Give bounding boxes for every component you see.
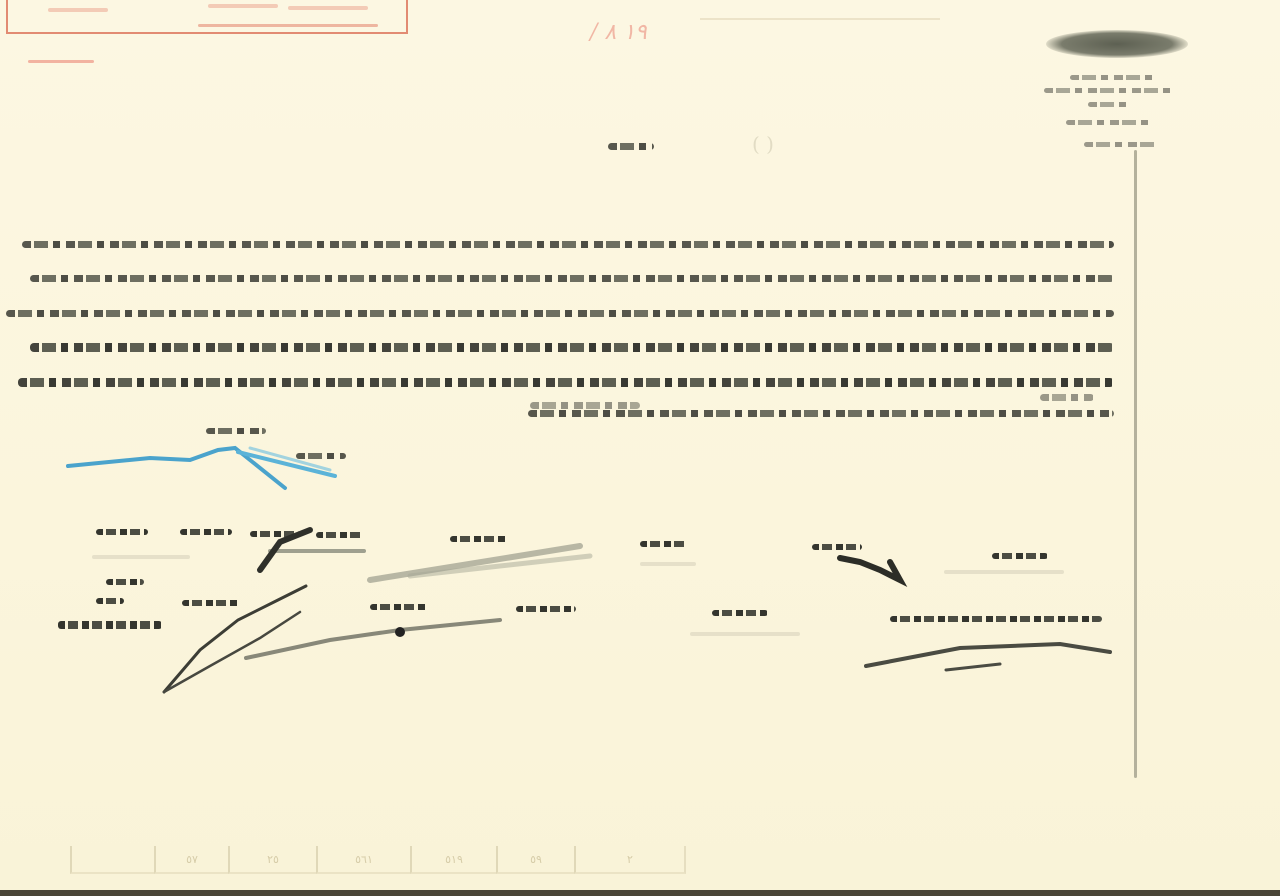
body-line-5 (18, 378, 1114, 387)
stamp-mark (208, 4, 278, 8)
archive-cell: ٢٥ (228, 846, 316, 874)
body-line-5-sub (1040, 394, 1094, 401)
body-line-6 (528, 410, 1114, 417)
seal-mark (1046, 30, 1188, 58)
header-line (1070, 75, 1156, 80)
archive-cell: ٢ (574, 846, 686, 874)
header-line (1088, 102, 1128, 107)
archive-cell: ٥١٩ (410, 846, 496, 874)
stamp-mark (288, 6, 368, 10)
body-line-1 (22, 241, 1114, 248)
stamp-mark (198, 24, 378, 27)
faint-top-rule (700, 18, 940, 20)
header-line (1044, 88, 1174, 93)
body-line-3 (6, 310, 1114, 317)
body-line-7 (530, 402, 640, 409)
body-line-4 (30, 343, 1114, 352)
archive-stamp (6, 0, 408, 34)
date-line (1084, 142, 1158, 147)
document-page: / ١٩ ٨ ( ) (0, 0, 1280, 890)
archive-cell: ٥٦١ (316, 846, 410, 874)
archive-cell: ٥٧ (154, 846, 228, 874)
closing-formula (206, 428, 266, 434)
date-line (1066, 120, 1150, 125)
archive-reference-strip: ٥٧ ٢٥ ٥٦١ ٥١٩ ٥٩ ٢ (70, 846, 686, 876)
subject-heading (608, 143, 654, 150)
red-pencil-dash (28, 60, 94, 63)
red-archive-number: / ١٩ ٨ (590, 20, 647, 45)
stamp-mark (48, 8, 108, 12)
archive-cell: ٥٩ (496, 846, 574, 874)
body-line-2 (30, 275, 1114, 282)
scan-bottom-edge (0, 890, 1280, 896)
archive-cell (70, 846, 154, 874)
pencil-signatures (60, 500, 1140, 700)
faint-subject-mark: ( ) (752, 132, 774, 156)
